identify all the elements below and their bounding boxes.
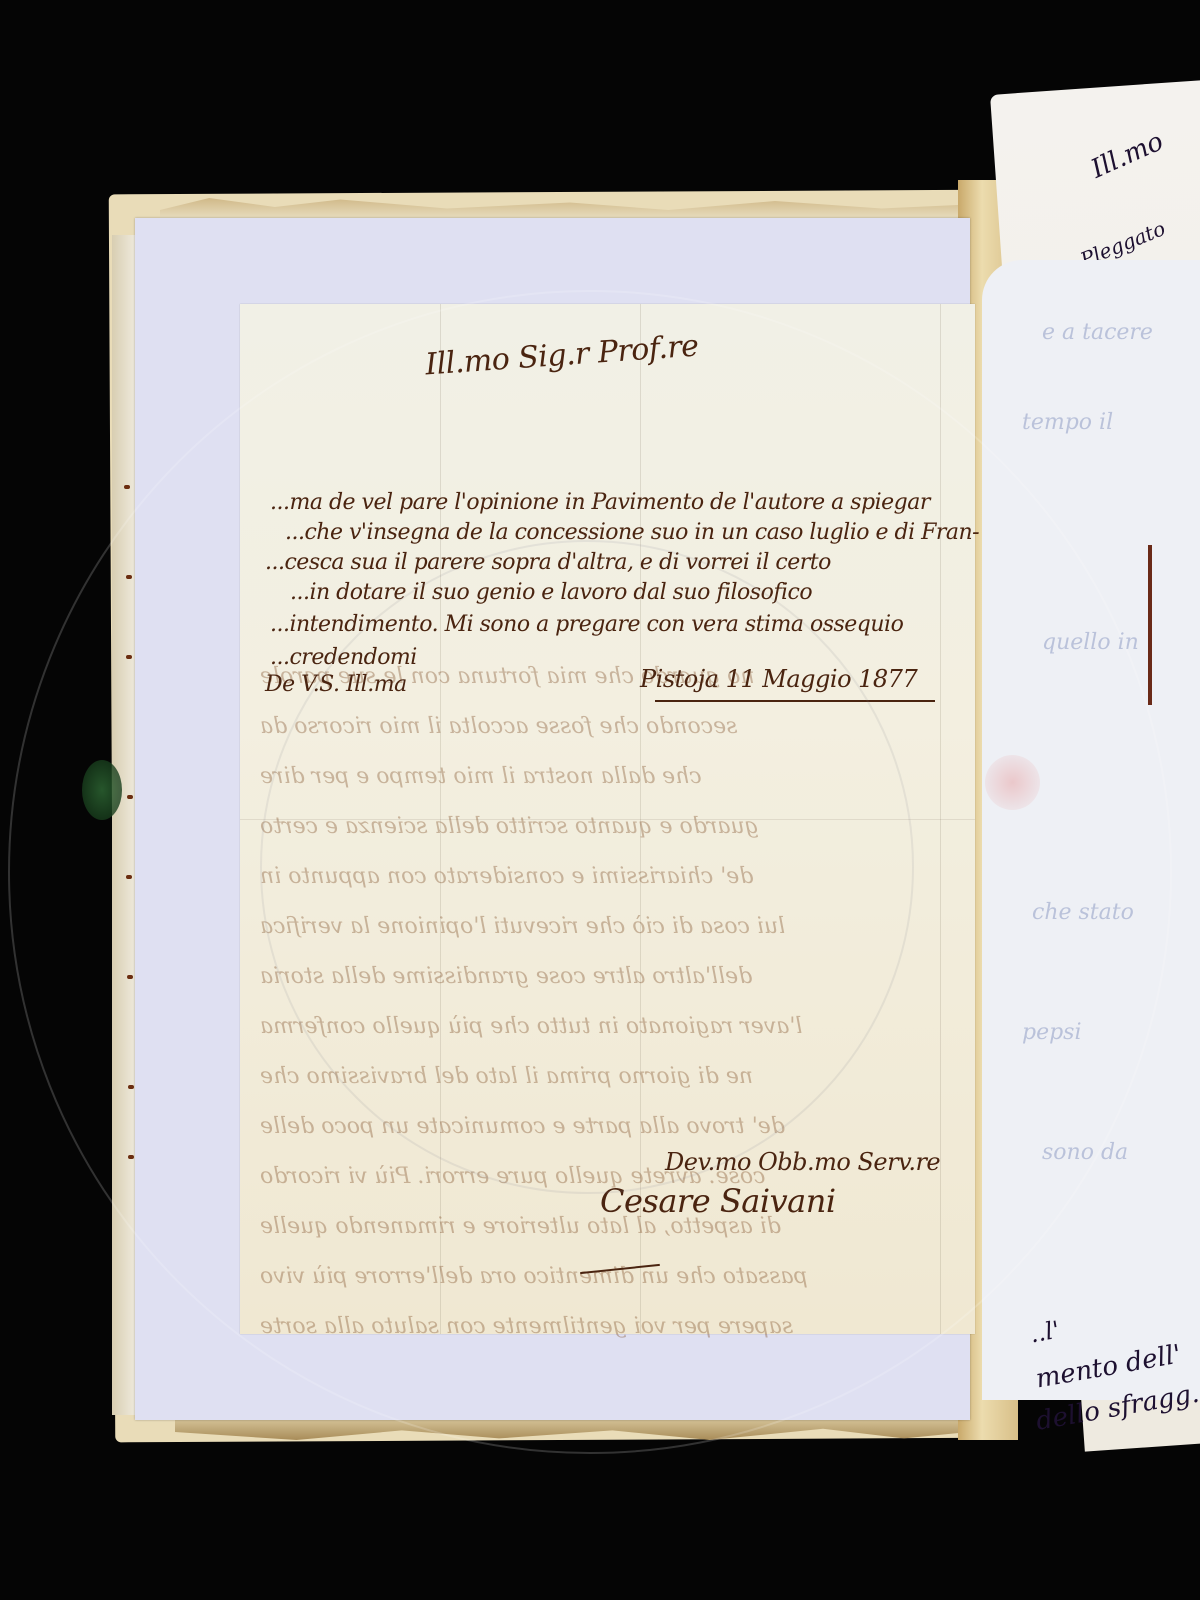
ink-mark	[124, 485, 130, 489]
faint-text: e a tacere	[1042, 320, 1153, 345]
right-page-bottom-text-1: ..l'	[1028, 1316, 1062, 1349]
watermark-circle-inner	[260, 540, 914, 1194]
right-page-heading: Ill.mo	[1087, 127, 1168, 185]
ink-stroke	[1148, 545, 1152, 705]
faint-text: tempo il	[1022, 410, 1113, 435]
